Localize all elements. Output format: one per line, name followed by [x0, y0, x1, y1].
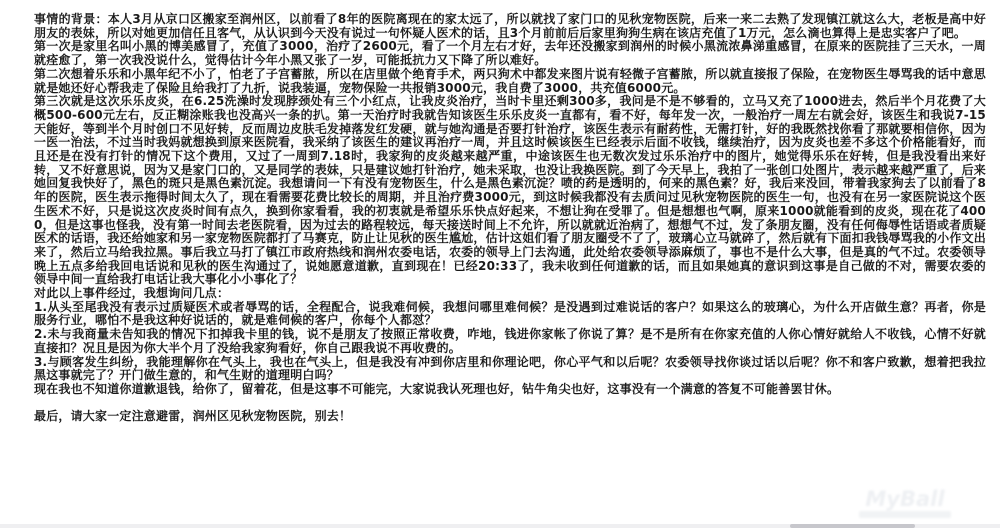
- watermark-subline: [859, 511, 951, 518]
- watermark-text: MyBall: [840, 488, 970, 510]
- watermark: MyBall: [840, 488, 970, 518]
- post-paragraph: 现在我也不知道你道歉退钱，给你了，留着花，但是这事不可能完，大家说我认死理也好，…: [34, 383, 986, 397]
- post-paragraph: 对此以上事件经过，我想询问几点：: [34, 287, 986, 301]
- post-paragraph: 2.未与我商量未告知我的情况下扣掉我卡里的钱，说不是朋友了按照正常收费，咋地，钱…: [34, 328, 986, 355]
- post-paragraph: 最后，请大家一定注意避雷，润州区见秋宠物医院，别去！: [34, 410, 986, 424]
- post-paragraph: 3.与顾客发生纠纷，我能理解你在气头上，我也在气头上，但是我没有冲到你店里和你理…: [34, 356, 986, 383]
- post-body: 事情的背景：本人3月从京口区搬家至润州区，以前看了8年的医院离现在的家太远了，所…: [34, 13, 986, 423]
- post-paragraph: 第一次是家里名叫小黑的博美感冒了，充值了3000，治疗了2600元，看了一个月左…: [34, 40, 986, 67]
- post-paragraph: 事情的背景：本人3月从京口区搬家至润州区，以前看了8年的医院离现在的家太远了，所…: [34, 13, 986, 40]
- post-paragraph: 第二次想着乐乐和小黑年纪不小了，怕老了子宫蓄脓，所以在店里做个绝育手术，两只狗术…: [34, 68, 986, 95]
- post-paragraph: 第三次就是这次乐乐皮炎，在6.25洗澡时发现脖颈处有三个小红点，让我皮炎治疗，当…: [34, 95, 986, 287]
- post-paragraph: 1.从头至尾我没有表示过质疑医术或者辱骂的话，全程配合，说我难伺候，我想问哪里难…: [34, 301, 986, 328]
- horizontal-scrollbar-thumb[interactable]: [790, 524, 915, 528]
